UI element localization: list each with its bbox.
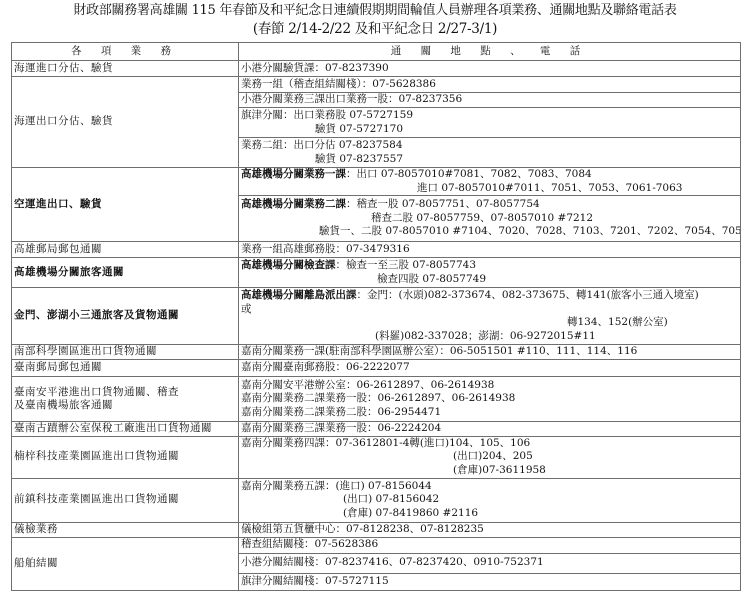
table-header-row: 各 項 業 務 通 關 地 點 、 電 話 xyxy=(12,43,741,61)
contact-line: 小港分關驗貨課：07-8237390 xyxy=(241,62,738,76)
table-row: 臺南古蹟辦公室保稅工廠進出口貨物通關 嘉南分關業務三課業務一股：06-22242… xyxy=(12,422,741,437)
service-name: 儀檢業務 xyxy=(12,522,239,537)
header-services: 各 項 業 務 xyxy=(12,43,239,61)
contact-label: 高雄機場分關業務一課 xyxy=(241,168,346,180)
contact-line: 檢查四股 07-8057749 xyxy=(241,273,738,287)
contact-line: 嘉南分關業務四課：07-3612801-4轉(進口)104、105、106 xyxy=(241,437,738,451)
contact-line: 驗貨 07-5727170 xyxy=(241,123,738,137)
contact-cell: 高雄機場分關離島派出課：金門：(水頭)082-373674、082-373675… xyxy=(239,288,741,345)
table-row: 楠梓科技產業園區進出口貨物通關 嘉南分關業務四課：07-3612801-4轉(進… xyxy=(12,436,741,478)
contact-line: (料羅)082-337028；澎湖：06-9272015#11 xyxy=(241,330,738,344)
contact-line: 小港分關結關棧：07-8237416、07-8237420、0910-75237… xyxy=(241,556,738,570)
table-row: 高雄郵局郵包通關 業務一組高雄郵務股：07-3479316 xyxy=(12,242,741,258)
contact-line: 儀檢組第五貨櫃中心：07-8128238、07-8128235 xyxy=(241,523,738,537)
contact-cell: 嘉南分關業務一課(駐南部科學園區辦公室）：06-5051501 #110、111… xyxy=(239,345,741,360)
service-name: 南部科學園區進出口貨物通關 xyxy=(12,345,239,360)
contact-line: 或 xyxy=(241,303,738,317)
contact-cell: 嘉南分關業務五課：(進口) 07-8156044 (出口) 07-8156042… xyxy=(239,478,741,522)
contact-line: 轉134、152(辦公室) xyxy=(241,316,738,330)
service-name: 臺南郵局郵包通關 xyxy=(12,360,239,377)
contact-label: 高雄機場分關離島派出課 xyxy=(241,289,357,301)
service-name-line: 臺南安平港進出口貨物通關、稽查 xyxy=(14,386,236,400)
contact-label: 高雄機場分關業務二課 xyxy=(241,198,346,210)
table-row: 臺南安平港進出口貨物通關、稽查 及臺南機場旅客通關 嘉南分關安平港辦公室：06-… xyxy=(12,377,741,422)
contact-line: 嘉南分關業務一課(駐南部科學園區辦公室）：06-5051501 #110、111… xyxy=(241,345,738,359)
contact-cell: 業務一組（稽查組結關棧）：07-5628386 xyxy=(239,77,741,93)
service-name: 臺南古蹟辦公室保稅工廠進出口貨物通關 xyxy=(12,422,239,437)
contact-cell: 高雄機場分關業務一課：出口 07-8057010#7081、7082、7083、… xyxy=(239,168,741,196)
service-name: 海運進口分估、驗貨 xyxy=(12,61,239,77)
contact-line: 嘉南分關業務二課業務二股：06-2954471 xyxy=(241,406,738,420)
contact-cell: 旗津分關結關棧：07-5727115 xyxy=(239,573,741,590)
table-row: 南部科學園區進出口貨物通關 嘉南分關業務一課(駐南部科學園區辦公室）：06-50… xyxy=(12,345,741,360)
contact-line: 小港分關業務三課出口業務一股：07-8237356 xyxy=(241,93,738,107)
contact-line: 嘉南分關臺南郵務股：06-2222077 xyxy=(241,361,738,375)
contact-cell: 高雄機場分關檢查課：檢查一至三股 07-8057743 檢查四股 07-8057… xyxy=(239,258,741,288)
contact-line: 嘉南分關業務二課業務一股：06-2612897、06-2614938 xyxy=(241,392,738,406)
contact-cell: 小港分關驗貨課：07-8237390 xyxy=(239,61,741,77)
document-title: 財政部關務署高雄關 115 年春節及和平紀念日連續假期期間輪值人員辦理各項業務、… xyxy=(0,3,750,19)
contact-line: (出口) 07-8156042 xyxy=(241,493,738,507)
contact-cell: 嘉南分關安平港辦公室：06-2612897、06-2614938 嘉南分關業務二… xyxy=(239,377,741,422)
contact-cell: 小港分關業務三課出口業務一股：07-8237356 xyxy=(239,93,741,108)
service-name: 金門、澎湖小三通旅客及貨物通關 xyxy=(12,288,239,345)
contact-cell: 嘉南分關業務四課：07-3612801-4轉(進口)104、105、106 (出… xyxy=(239,436,741,478)
contact-cell: 高雄機場分關業務二課：稽查一股 07-8057751、07-8057754 稽查… xyxy=(239,196,741,242)
contact-line: 驗貨一、二股 07-8057010 #7104、7020、7028、7103、7… xyxy=(241,225,738,239)
contact-cell: 業務二組：出口分估 07-8237584 驗貨 07-8237557 xyxy=(239,138,741,168)
table-row: 儀檢業務 儀檢組第五貨櫃中心：07-8128238、07-8128235 xyxy=(12,522,741,537)
contact-line: (出口)204、205 xyxy=(241,450,738,464)
table-row: 金門、澎湖小三通旅客及貨物通關 高雄機場分關離島派出課：金門：(水頭)082-3… xyxy=(12,288,741,345)
service-name: 船舶結關 xyxy=(12,537,239,590)
table-row: 空運進出口、驗貨 高雄機場分關業務一課：出口 07-8057010#7081、7… xyxy=(12,168,741,196)
contact-cell: 旗津分關：出口業務股 07-5727159 驗貨 07-5727170 xyxy=(239,108,741,138)
table-row: 臺南郵局郵包通關 嘉南分關臺南郵務股：06-2222077 xyxy=(12,360,741,377)
contact-line: 稽查組結關棧：07-5628386 xyxy=(241,538,738,552)
contact-cell: 嘉南分關臺南郵務股：06-2222077 xyxy=(239,360,741,377)
contact-line: ：稽查一股 07-8057751、07-8057754 xyxy=(346,198,540,210)
contact-label: 高雄機場分關檢查課 xyxy=(241,259,336,271)
table-row: 高雄機場分關旅客通關 高雄機場分關檢查課：檢查一至三股 07-8057743 檢… xyxy=(12,258,741,288)
contact-cell: 稽查組結關棧：07-5628386 xyxy=(239,537,741,553)
contact-table: 各 項 業 務 通 關 地 點 、 電 話 海運進口分估、驗貨 小港分關驗貨課：… xyxy=(11,42,741,591)
service-name: 高雄郵局郵包通關 xyxy=(12,242,239,258)
service-name: 楠梓科技產業園區進出口貨物通關 xyxy=(12,436,239,478)
contact-line: 稽查二股 07-8057759、07-8057010 #7212 xyxy=(241,212,738,226)
document-subtitle-dates: (春節 2/14-2/22 及和平紀念日 2/27-3/1) xyxy=(0,21,750,37)
contact-line: 嘉南分關安平港辦公室：06-2612897、06-2614938 xyxy=(241,379,738,393)
contact-line: 驗貨 07-8237557 xyxy=(241,153,738,167)
contact-line: 業務二組：出口分估 07-8237584 xyxy=(241,139,738,153)
service-name: 高雄機場分關旅客通關 xyxy=(12,258,239,288)
table-row: 海運出口分估、驗貨 業務一組（稽查組結關棧）：07-5628386 xyxy=(12,77,741,93)
contact-line: 進口 07-8057010#7011、7051、7053、7061-7063 xyxy=(241,182,738,196)
service-name-line: 及臺南機場旅客通關 xyxy=(14,399,236,413)
contact-line: (倉庫) 07-8419860 #2116 xyxy=(241,507,738,521)
table-row: 船舶結關 稽查組結關棧：07-5628386 xyxy=(12,537,741,553)
contact-line: 旗津分關結關棧：07-5727115 xyxy=(241,575,738,589)
contact-line: 嘉南分關業務五課：(進口) 07-8156044 xyxy=(241,480,738,494)
contact-line: 嘉南分關業務三課業務一股：06-2224204 xyxy=(241,422,738,436)
contact-cell: 儀檢組第五貨櫃中心：07-8128238、07-8128235 xyxy=(239,522,741,537)
service-name: 空運進出口、驗貨 xyxy=(12,168,239,242)
contact-line: ：出口 07-8057010#7081、7082、7083、7084 xyxy=(346,168,592,180)
service-name: 臺南安平港進出口貨物通關、稽查 及臺南機場旅客通關 xyxy=(12,377,239,422)
contact-cell: 嘉南分關業務三課業務一股：06-2224204 xyxy=(239,422,741,437)
contact-line: 旗津分關：出口業務股 07-5727159 xyxy=(241,109,738,123)
contact-line: 業務一組（稽查組結關棧）：07-5628386 xyxy=(241,78,738,92)
service-name: 前鎮科技產業園區進出口貨物通關 xyxy=(12,478,239,522)
contact-line: (倉庫)07-3611958 xyxy=(241,464,738,478)
header-locations-phones: 通 關 地 點 、 電 話 xyxy=(239,43,741,61)
contact-line: ：金門：(水頭)082-373674、082-373675、轉141(旅客小三通… xyxy=(357,289,699,301)
table-row: 前鎮科技產業園區進出口貨物通關 嘉南分關業務五課：(進口) 07-8156044… xyxy=(12,478,741,522)
contact-line: ：檢查一至三股 07-8057743 xyxy=(336,259,477,271)
contact-line: 業務一組高雄郵務股：07-3479316 xyxy=(241,243,738,257)
service-name: 海運出口分估、驗貨 xyxy=(12,77,239,168)
contact-cell: 小港分關結關棧：07-8237416、07-8237420、0910-75237… xyxy=(239,553,741,573)
table-row: 海運進口分估、驗貨 小港分關驗貨課：07-8237390 xyxy=(12,61,741,77)
contact-cell: 業務一組高雄郵務股：07-3479316 xyxy=(239,242,741,258)
